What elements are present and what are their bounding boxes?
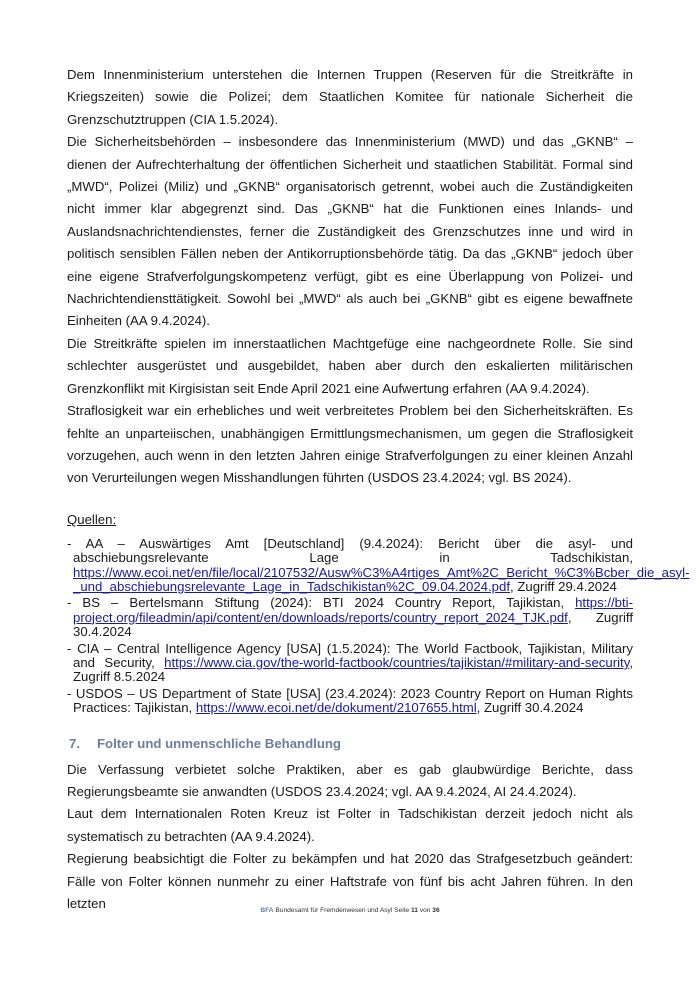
source-access-date: , Zugriff 29.4.2024: [510, 579, 617, 594]
page-total: 36: [432, 907, 439, 914]
body-paragraph: Laut dem Internationalen Roten Kreuz ist…: [67, 803, 633, 848]
source-link[interactable]: https://www.cia.gov/the-world-factbook/c…: [164, 655, 629, 670]
body-paragraph: Straflosigkeit war ein erhebliches und w…: [67, 400, 633, 490]
footer-of: von: [418, 907, 432, 914]
section-title: Folter und unmenschliche Behandlung: [97, 736, 341, 751]
document-page: Dem Innenministerium unterstehen die Int…: [67, 64, 633, 915]
sources-title: Quellen:: [67, 512, 633, 527]
body-paragraph: Dem Innenministerium unterstehen die Int…: [67, 64, 633, 131]
source-link[interactable]: https://www.ecoi.net/de/dokument/2107655…: [196, 700, 477, 715]
source-item: - USDOS – US Department of State [USA] (…: [67, 687, 633, 716]
section-heading: 7.Folter und unmenschliche Behandlung: [69, 736, 633, 751]
body-paragraph: Die Streitkräfte spielen im innerstaatli…: [67, 333, 633, 400]
source-access-date: , Zugriff 30.4.2024: [477, 700, 584, 715]
body-paragraph: Die Verfassung verbietet solche Praktike…: [67, 759, 633, 804]
source-item: - BS – Bertelsmann Stiftung (2024): BTI …: [67, 596, 633, 639]
source-text: - BS – Bertelsmann Stiftung (2024): BTI …: [67, 595, 575, 610]
page-footer: BFA Bundesamt für Fremdenwesen und Asyl …: [0, 907, 700, 914]
body-paragraph: Regierung beabsichtigt die Folter zu bek…: [67, 848, 633, 915]
bfa-logo: BFA: [260, 907, 273, 914]
body-paragraph: Die Sicherheitsbehörden – insbesondere d…: [67, 131, 633, 333]
footer-org: Bundesamt für Fremdenwesen und Asyl Seit…: [274, 907, 411, 914]
source-text: - AA – Auswärtiges Amt [Deutschland] (9.…: [67, 536, 633, 565]
page-number: 11: [411, 907, 418, 914]
source-item: - CIA – Central Intelligence Agency [USA…: [67, 642, 633, 685]
section-number: 7.: [69, 736, 97, 751]
source-item: - AA – Auswärtiges Amt [Deutschland] (9.…: [67, 537, 633, 595]
